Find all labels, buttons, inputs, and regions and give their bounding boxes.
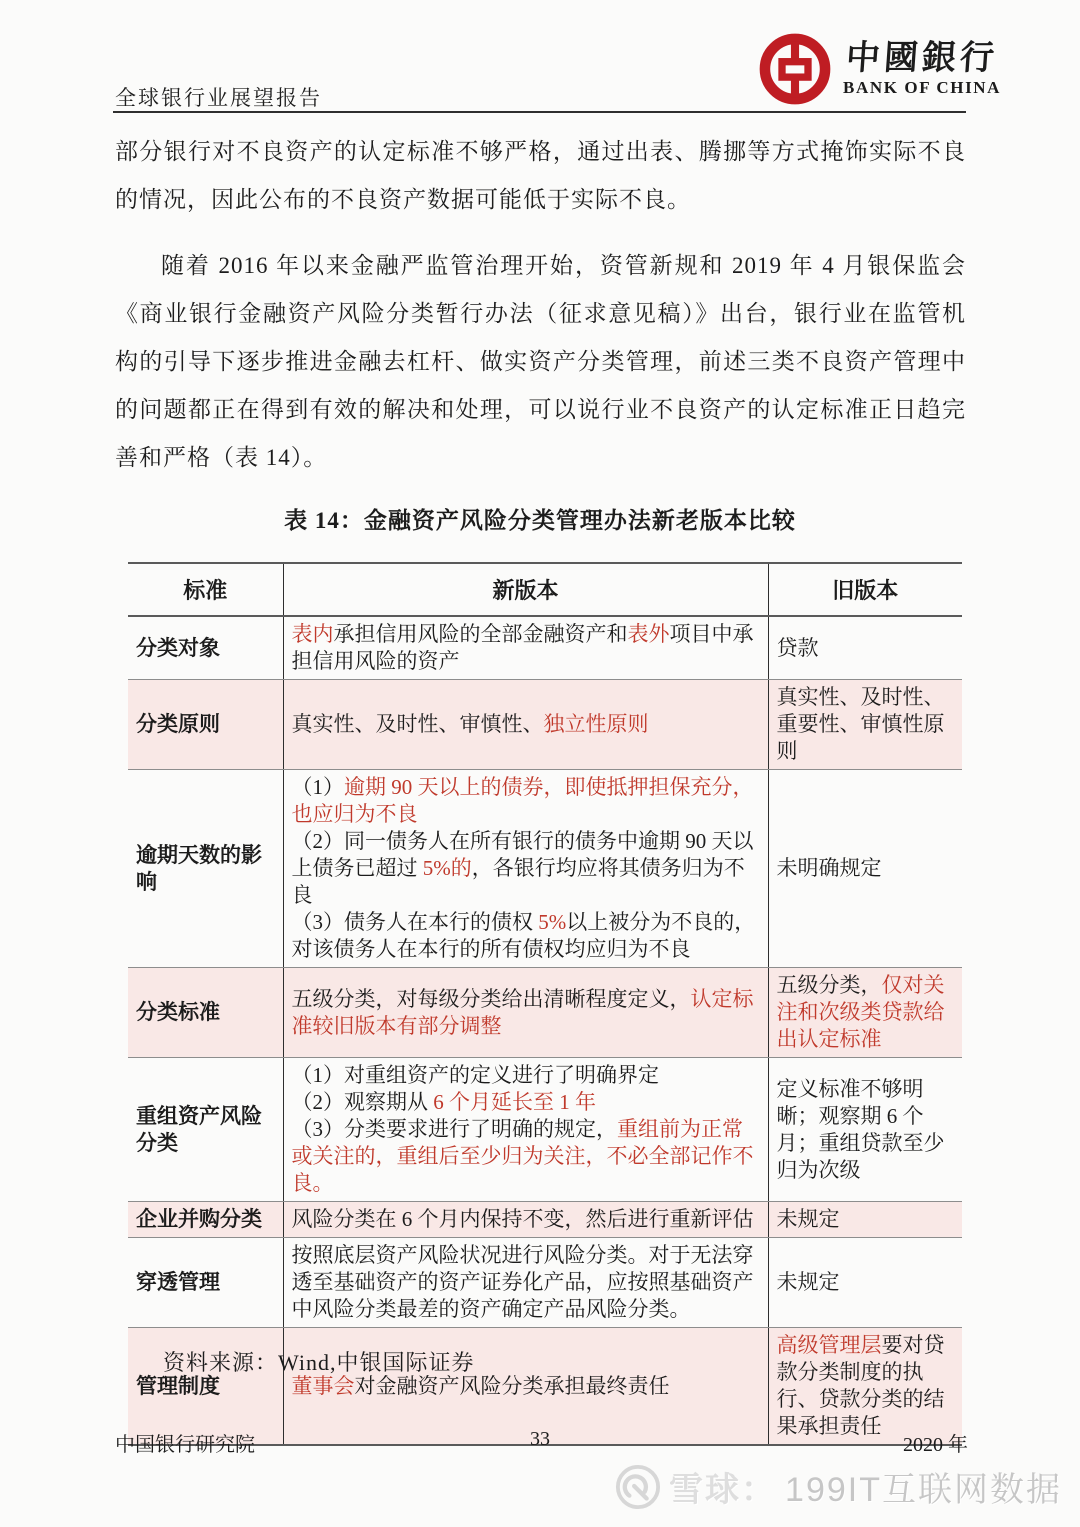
old-version-cell: 定义标准不够明晰；观察期 6 个月；重组贷款至少归为次级 <box>768 1058 962 1202</box>
cell-text: 按照底层资产风险状况进行风险分类。对于无法穿透至基础资产的资产证券化产品，应按照… <box>292 1243 754 1321</box>
bank-name-english: BANK OF CHINA <box>843 79 1001 97</box>
column-header-old-version: 旧版本 <box>768 563 962 616</box>
cell-text: 贷款 <box>777 636 819 660</box>
new-version-cell: 真实性、及时性、审慎性、独立性原则 <box>283 680 768 770</box>
footer-year: 2020 年 <box>903 1428 968 1457</box>
cell-text: （1） <box>292 775 345 799</box>
table-row: 穿透管理按照底层资产风险状况进行风险分类。对于无法穿透至基础资产的资产证券化产品… <box>128 1238 962 1328</box>
highlighted-text: 5%的 <box>423 856 472 880</box>
old-version-cell: 贷款 <box>768 616 962 680</box>
cell-text: （3）分类要求进行了明确的规定， <box>292 1117 618 1141</box>
table-title: 表 14：金融资产风险分类管理办法新老版本比较 <box>0 502 1080 535</box>
old-version-cell: 未明确规定 <box>768 770 962 968</box>
row-label-cell: 分类标准 <box>128 968 283 1058</box>
row-label-cell: 逾期天数的影响 <box>128 770 283 968</box>
new-version-cell: 表内承担信用风险的全部金融资产和表外项目中承担信用风险的资产 <box>283 616 768 680</box>
table-row: 重组资产风险分类（1）对重组资产的定义进行了明确界定 （2）观察期从 6 个月延… <box>128 1058 962 1202</box>
body-paragraph-2: 随着 2016 年以来金融严监管治理开始，资管新规和 2019 年 4 月银保监… <box>115 242 966 482</box>
header-divider <box>113 111 966 113</box>
table-row: 企业并购分类风险分类在 6 个月内保持不变，然后进行重新评估未规定 <box>128 1202 962 1238</box>
new-version-cell: （1）对重组资产的定义进行了明确界定 （2）观察期从 6 个月延长至 1 年 （… <box>283 1058 768 1202</box>
comparison-table: 标准 新版本 旧版本 分类对象表内承担信用风险的全部金融资产和表外项目中承担信用… <box>128 562 962 1446</box>
bank-of-china-wordmark: 中國銀行 BANK OF CHINA <box>843 41 1001 98</box>
cell-text: 五级分类，对每级分类给出清晰程度定义， <box>292 987 691 1011</box>
row-label-cell: 穿透管理 <box>128 1238 283 1328</box>
new-version-cell: （1）逾期 90 天以上的债券，即使抵押担保充分，也应归为不良 （2）同一债务人… <box>283 770 768 968</box>
new-version-cell: 五级分类，对每级分类给出清晰程度定义，认定标准较旧版本有部分调整 <box>283 968 768 1058</box>
cell-text: 未规定 <box>777 1207 840 1231</box>
new-version-cell: 按照底层资产风险状况进行风险分类。对于无法穿透至基础资产的资产证券化产品，应按照… <box>283 1238 768 1328</box>
cell-text: 对金融资产风险分类承担最终责任 <box>355 1374 670 1398</box>
row-label-cell: 分类原则 <box>128 680 283 770</box>
footer-page-number: 33 <box>530 1428 550 1451</box>
bank-name-chinese: 中國銀行 <box>845 41 999 77</box>
table-row: 逾期天数的影响（1）逾期 90 天以上的债券，即使抵押担保充分，也应归为不良 （… <box>128 770 962 968</box>
body-paragraph-1: 部分银行对不良资产的认定标准不够严格，通过出表、腾挪等方式掩饰实际不良的情况，因… <box>115 128 966 224</box>
bank-of-china-emblem-icon <box>756 30 834 108</box>
cell-text: 真实性、及时性、审慎性、 <box>292 712 544 736</box>
highlighted-text: 独立性原则 <box>544 712 649 736</box>
cell-text: 真实性、及时性、重要性、审慎性原则 <box>777 685 945 763</box>
table-row: 分类对象表内承担信用风险的全部金融资产和表外项目中承担信用风险的资产贷款 <box>128 616 962 680</box>
highlighted-text: 表内 <box>292 622 334 646</box>
old-version-cell: 未规定 <box>768 1238 962 1328</box>
document-page: 全球银行业展望报告 中國銀行 BANK OF CHINA 部分银行对不良资产的认… <box>0 0 1080 1527</box>
highlighted-text: 董事会 <box>292 1374 355 1398</box>
table-header-row: 标准 新版本 旧版本 <box>128 563 962 616</box>
watermark: 雪球： 199IT互联网数据 <box>615 1462 1062 1511</box>
cell-text: 承担信用风险的全部金融资产和 <box>334 622 628 646</box>
table-row: 分类标准五级分类，对每级分类给出清晰程度定义，认定标准较旧版本有部分调整五级分类… <box>128 968 962 1058</box>
xueqiu-snowball-icon <box>615 1464 661 1510</box>
watermark-brand: 雪球： <box>669 1462 777 1511</box>
report-title: 全球银行业展望报告 <box>115 82 322 112</box>
old-version-cell: 未规定 <box>768 1202 962 1238</box>
column-header-new-version: 新版本 <box>283 563 768 616</box>
new-version-cell: 风险分类在 6 个月内保持不变，然后进行重新评估 <box>283 1202 768 1238</box>
bank-of-china-logo: 中國銀行 BANK OF CHINA <box>756 28 1001 110</box>
footer-institution: 中国银行研究院 <box>115 1428 255 1457</box>
cell-text: 未规定 <box>777 1270 840 1294</box>
source-note: 资料来源：Wind,中银国际证券 <box>163 1346 475 1377</box>
row-label-cell: 企业并购分类 <box>128 1202 283 1238</box>
highlighted-text: 6 个月延长至 1 年 <box>433 1090 596 1114</box>
cell-text: 风险分类在 6 个月内保持不变，然后进行重新评估 <box>292 1207 754 1231</box>
old-version-cell: 真实性、及时性、重要性、审慎性原则 <box>768 680 962 770</box>
row-label-cell: 分类对象 <box>128 616 283 680</box>
watermark-suffix: 199IT互联网数据 <box>785 1462 1062 1511</box>
column-header-standard: 标准 <box>128 563 283 616</box>
highlighted-text: 表外 <box>628 622 670 646</box>
highlighted-text: 逾期 90 天以上的债券，即使抵押担保充分，也应归为不良 <box>292 775 754 826</box>
old-version-cell: 五级分类，仅对关注和次级类贷款给出认定标准 <box>768 968 962 1058</box>
cell-text: 五级分类， <box>777 973 882 997</box>
cell-text: 未明确规定 <box>777 856 882 880</box>
highlighted-text: 5% <box>538 910 566 934</box>
row-label-cell: 重组资产风险分类 <box>128 1058 283 1202</box>
highlighted-text: 高级管理层 <box>777 1333 882 1357</box>
table-row: 分类原则真实性、及时性、审慎性、独立性原则真实性、及时性、重要性、审慎性原则 <box>128 680 962 770</box>
comparison-table-body: 分类对象表内承担信用风险的全部金融资产和表外项目中承担信用风险的资产贷款分类原则… <box>128 616 962 1445</box>
cell-text: 定义标准不够明晰；观察期 6 个月；重组贷款至少归为次级 <box>777 1077 945 1182</box>
